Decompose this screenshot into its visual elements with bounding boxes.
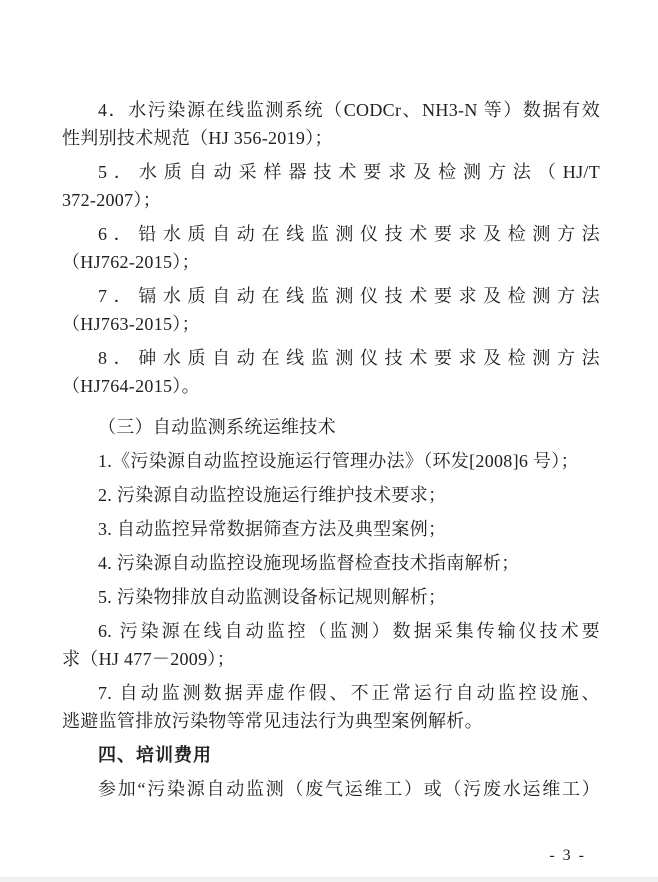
document-line: 372-2007）； [62, 186, 600, 214]
document-line: 7. 自动监测数据弄虚作假、不正常运行自动监控设施、 [62, 679, 600, 707]
document-line: （三）自动监测系统运维技术 [62, 413, 600, 441]
document-body: 4．水污染源在线监测系统（CODCr、NH3-N 等）数据有效性判别技术规范（H… [62, 96, 600, 803]
document-line: 性判别技术规范（HJ 356-2019）； [62, 124, 600, 152]
scan-edge [0, 877, 658, 882]
document-line: 逃避监管排放污染物等常见违法行为典型案例解析。 [62, 707, 600, 735]
document-line: （HJ763-2015）； [62, 310, 600, 338]
document-line: 6．铅水质自动在线监测仪技术要求及检测方法 [62, 220, 600, 248]
document-page: 4．水污染源在线监测系统（CODCr、NH3-N 等）数据有效性判别技术规范（H… [0, 0, 658, 882]
document-line: 参加“污染源自动监测（废气运维工）或（污废水运维工） [62, 775, 600, 803]
document-line: 3. 自动监控异常数据筛查方法及典型案例； [62, 515, 600, 543]
document-line: （HJ762-2015）； [62, 248, 600, 276]
document-line: 8．砷水质自动在线监测仪技术要求及检测方法 [62, 344, 600, 372]
document-line: 6. 污染源在线自动监控（监测）数据采集传输仪技术要 [62, 617, 600, 645]
document-line: （HJ764-2015）。 [62, 372, 600, 400]
document-line: 4. 污染源自动监控设施现场监督检查技术指南解析； [62, 549, 600, 577]
document-line: 求（HJ 477－2009）； [62, 645, 600, 673]
document-line: 4．水污染源在线监测系统（CODCr、NH3-N 等）数据有效 [62, 96, 600, 124]
document-line: 7．镉水质自动在线监测仪技术要求及检测方法 [62, 282, 600, 310]
document-line: 四、培训费用 [62, 741, 600, 769]
document-line: 5．水质自动采样器技术要求及检测方法（HJ/T [62, 158, 600, 186]
document-line: 1.《污染源自动监控设施运行管理办法》（环发[2008]6 号）； [62, 447, 600, 475]
document-line: 2. 污染源自动监控设施运行维护技术要求； [62, 481, 600, 509]
page-number: - 3 - [549, 846, 586, 866]
document-line: 5. 污染物排放自动监测设备标记规则解析； [62, 583, 600, 611]
